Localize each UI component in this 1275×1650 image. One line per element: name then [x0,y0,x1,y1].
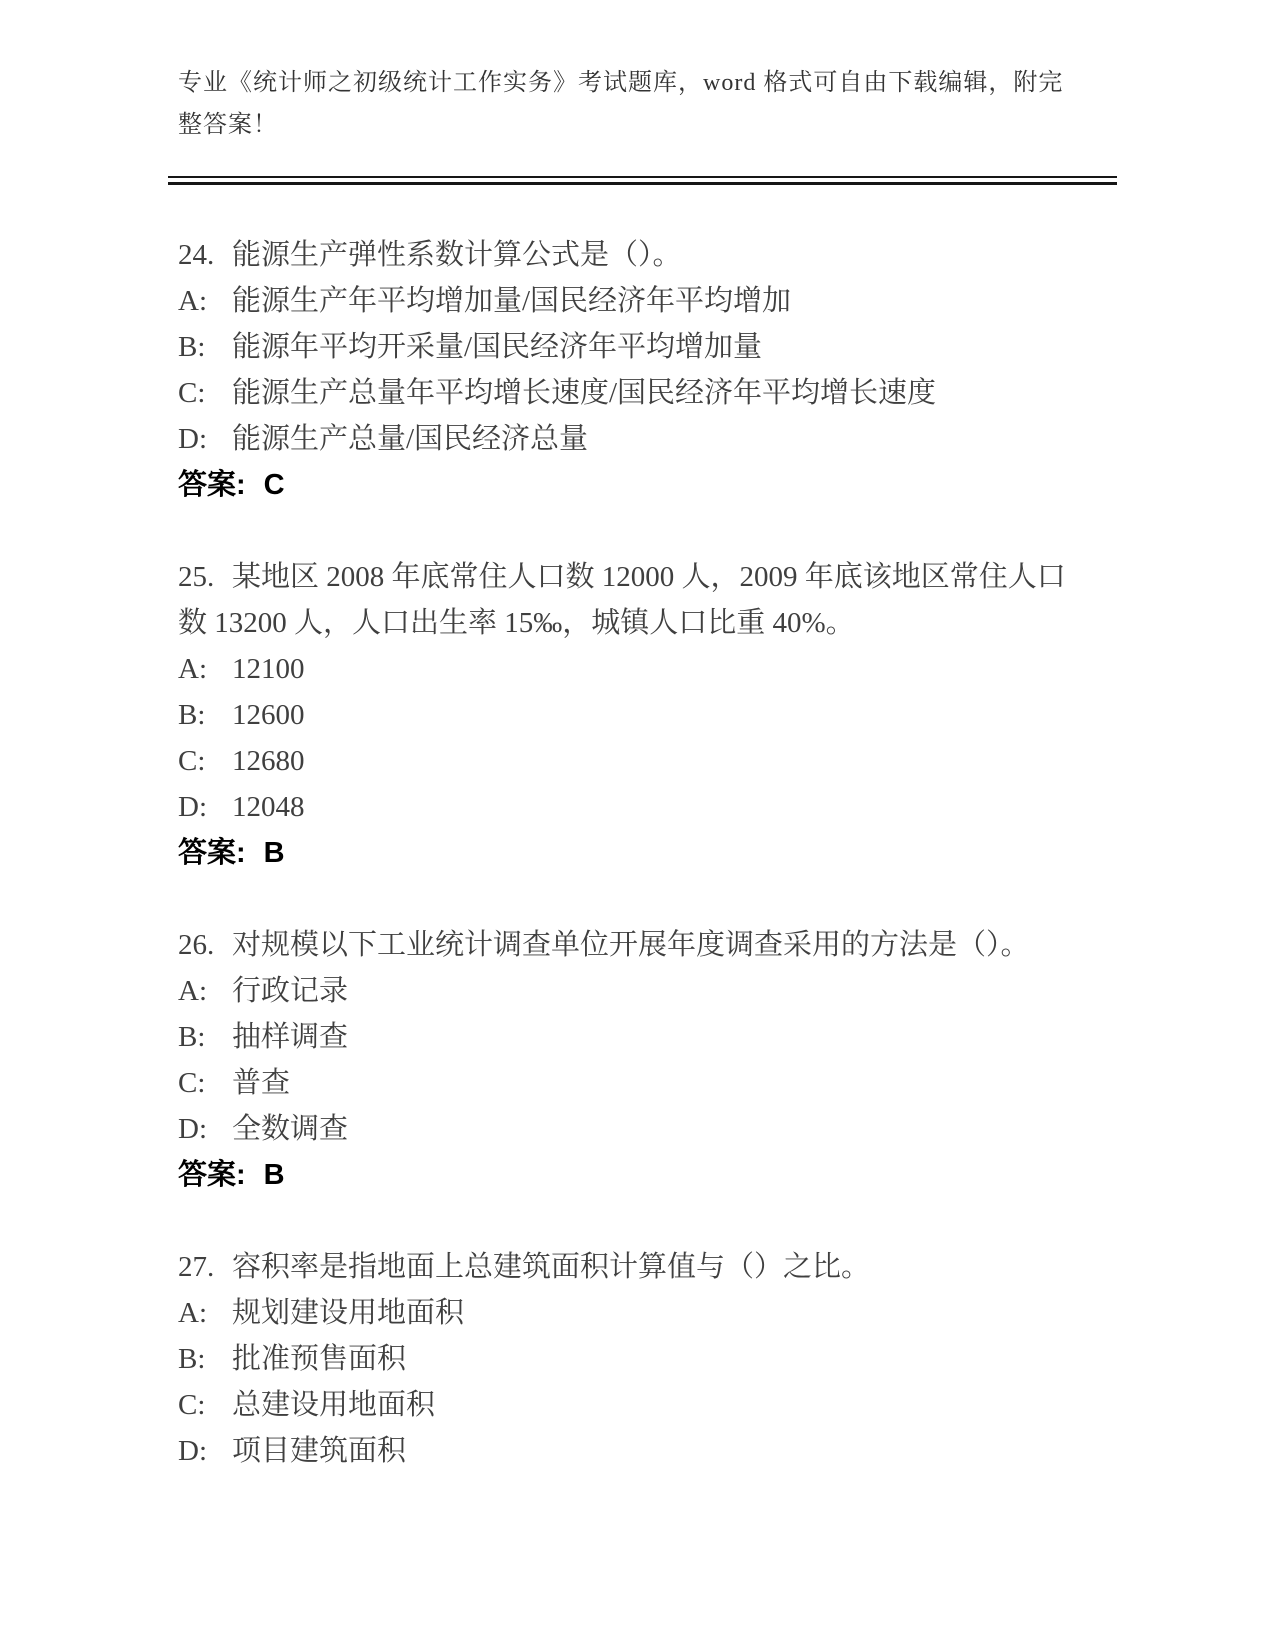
option-row: A:能源生产年平均增加量/国民经济年平均增加 [178,278,1068,324]
option-label: D: [178,784,232,830]
option-row: D:12048 [178,784,1068,830]
option-text: 规划建设用地面积 [232,1297,464,1329]
question-27: 27.容积率是指地面上总建筑面积计算值与（）之比。 A:规划建设用地面积 B:批… [178,1244,1068,1474]
option-label: B: [178,692,232,738]
option-label: D: [178,416,232,462]
option-row: B:12600 [178,692,1068,738]
question-number: 25. [178,554,232,600]
option-row: A:12100 [178,646,1068,692]
answer-label: 答案: [178,837,246,869]
answer-row: 答案:B [178,1152,1068,1198]
question-text: 某地区 2008 年底常住人口数 12000 人，2009 年底该地区常住人口数… [178,561,1066,639]
option-label: D: [178,1428,232,1474]
option-label: B: [178,1336,232,1382]
option-label: B: [178,1014,232,1060]
option-row: C:总建设用地面积 [178,1382,1068,1428]
option-row: D:项目建筑面积 [178,1428,1068,1474]
option-label: A: [178,278,232,324]
question-title: 27.容积率是指地面上总建筑面积计算值与（）之比。 [178,1244,1068,1290]
answer-value: B [264,1159,285,1191]
option-text: 抽样调查 [232,1021,348,1053]
header-line-2: 整答案！ [178,104,1078,146]
question-title: 26.对规模以下工业统计调查单位开展年度调查采用的方法是（）。 [178,922,1068,968]
document-page: 专业《统计师之初级统计工作实务》考试题库，word 格式可自由下载编辑，附完 整… [0,0,1275,1650]
header-line-1: 专业《统计师之初级统计工作实务》考试题库，word 格式可自由下载编辑，附完 [178,62,1078,104]
option-label: A: [178,968,232,1014]
option-text: 能源生产总量年平均增长速度/国民经济年平均增长速度 [232,377,936,409]
option-label: A: [178,1290,232,1336]
option-row: D:能源生产总量/国民经济总量 [178,416,1068,462]
answer-label: 答案: [178,469,246,501]
option-text: 批准预售面积 [232,1343,406,1375]
option-text: 12680 [232,745,305,777]
option-text: 能源生产总量/国民经济总量 [232,423,588,455]
option-row: B:能源年平均开采量/国民经济年平均增加量 [178,324,1068,370]
question-text: 容积率是指地面上总建筑面积计算值与（）之比。 [232,1251,870,1283]
option-row: B:批准预售面积 [178,1336,1068,1382]
option-text: 全数调查 [232,1113,348,1145]
option-label: A: [178,646,232,692]
question-title: 25.某地区 2008 年底常住人口数 12000 人，2009 年底该地区常住… [178,554,1068,646]
option-row: C:12680 [178,738,1068,784]
question-number: 27. [178,1244,232,1290]
option-text: 总建设用地面积 [232,1389,435,1421]
option-text: 能源年平均开采量/国民经济年平均增加量 [232,331,762,363]
option-label: C: [178,1060,232,1106]
option-label: B: [178,324,232,370]
page-header: 专业《统计师之初级统计工作实务》考试题库，word 格式可自由下载编辑，附完 整… [178,62,1078,146]
question-text: 对规模以下工业统计调查单位开展年度调查采用的方法是（）。 [232,929,1030,961]
option-text: 12048 [232,791,305,823]
question-24: 24.能源生产弹性系数计算公式是（）。 A:能源生产年平均增加量/国民经济年平均… [178,232,1068,508]
option-text: 行政记录 [232,975,348,1007]
option-text: 能源生产年平均增加量/国民经济年平均增加 [232,285,791,317]
option-text: 12600 [232,699,305,731]
option-row: B:抽样调查 [178,1014,1068,1060]
question-title: 24.能源生产弹性系数计算公式是（）。 [178,232,1068,278]
answer-value: B [264,837,285,869]
answer-row: 答案:B [178,830,1068,876]
question-25: 25.某地区 2008 年底常住人口数 12000 人，2009 年底该地区常住… [178,554,1068,876]
answer-value: C [264,469,285,501]
option-label: C: [178,370,232,416]
header-divider [168,176,1117,185]
answer-label: 答案: [178,1159,246,1191]
option-text: 普查 [232,1067,290,1099]
option-label: C: [178,1382,232,1428]
option-row: D:全数调查 [178,1106,1068,1152]
option-row: C:能源生产总量年平均增长速度/国民经济年平均增长速度 [178,370,1068,416]
question-list: 24.能源生产弹性系数计算公式是（）。 A:能源生产年平均增加量/国民经济年平均… [178,232,1068,1520]
option-row: C:普查 [178,1060,1068,1106]
option-label: C: [178,738,232,784]
question-number: 26. [178,922,232,968]
answer-row: 答案:C [178,462,1068,508]
question-text: 能源生产弹性系数计算公式是（）。 [232,239,682,271]
option-row: A:规划建设用地面积 [178,1290,1068,1336]
question-number: 24. [178,232,232,278]
option-text: 项目建筑面积 [232,1435,406,1467]
question-26: 26.对规模以下工业统计调查单位开展年度调查采用的方法是（）。 A:行政记录 B… [178,922,1068,1198]
option-text: 12100 [232,653,305,685]
option-row: A:行政记录 [178,968,1068,1014]
option-label: D: [178,1106,232,1152]
